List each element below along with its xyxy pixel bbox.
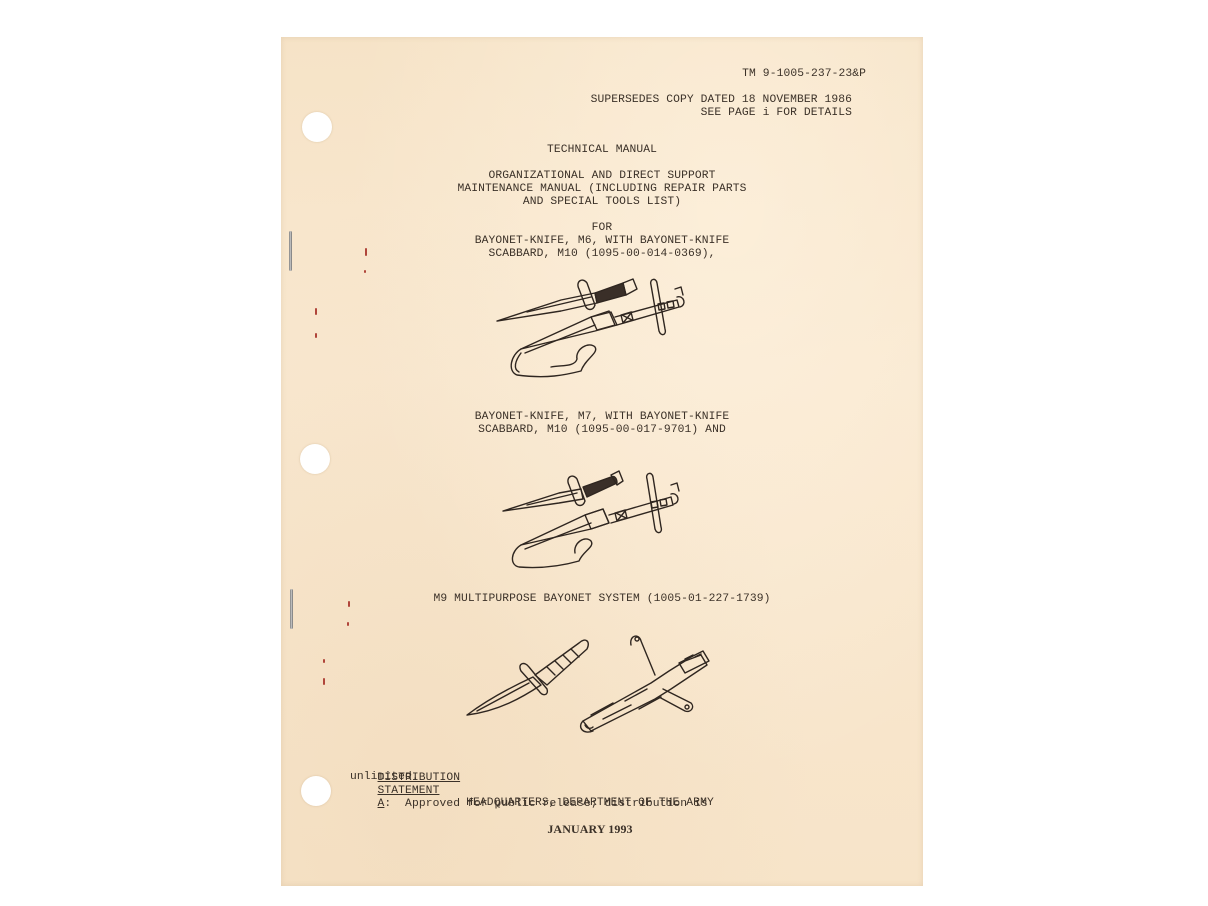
item-m9-line-1: M9 MULTIPURPOSE BAYONET SYSTEM (1005-01-… xyxy=(281,593,923,606)
ink-mark xyxy=(347,622,349,626)
m7-bayonet-illustration xyxy=(499,465,699,570)
item-m7-line-2: SCABBARD, M10 (1095-00-017-9701) AND xyxy=(281,424,923,437)
ink-mark xyxy=(364,270,366,273)
ink-mark xyxy=(315,308,317,315)
manual-title-line-3: AND SPECIAL TOOLS LIST) xyxy=(281,196,923,209)
m6-bayonet-illustration xyxy=(491,275,701,385)
binder-hole-top xyxy=(302,112,332,142)
statement-word: STATEMENT xyxy=(378,785,440,797)
item-m6-line-1: BAYONET-KNIFE, M6, WITH BAYONET-KNIFE xyxy=(281,235,923,248)
item-m7-line-1: BAYONET-KNIFE, M7, WITH BAYONET-KNIFE xyxy=(281,411,923,424)
issuing-authority: HEADQUARTERS, DEPARTMENT OF THE ARMY xyxy=(281,797,899,810)
ink-mark xyxy=(323,678,325,685)
tm-number: TM 9-1005-237-23&P xyxy=(742,68,866,81)
ink-mark xyxy=(323,659,325,663)
distribution-statement: DISTRIBUTION STATEMENT A: Approved for p… xyxy=(350,759,708,824)
m9-bayonet-illustration xyxy=(463,627,733,737)
see-page-notice: SEE PAGE i FOR DETAILS xyxy=(701,107,852,120)
item-m6-line-2: SCABBARD, M10 (1095-00-014-0369), xyxy=(281,248,923,261)
distribution-text-continued: unlimited. xyxy=(350,771,419,784)
manual-title-line-1: ORGANIZATIONAL AND DIRECT SUPPORT xyxy=(281,170,923,183)
for-label: FOR xyxy=(281,222,923,235)
ink-mark xyxy=(315,333,317,338)
publication-date: JANUARY 1993 xyxy=(281,823,899,836)
supersedes-notice: SUPERSEDES COPY DATED 18 NOVEMBER 1986 xyxy=(591,94,852,107)
binder-hole-middle xyxy=(300,444,330,474)
document-page: TM 9-1005-237-23&P SUPERSEDES COPY DATED… xyxy=(281,37,923,886)
manual-type-heading: TECHNICAL MANUAL xyxy=(281,144,923,157)
manual-title-line-2: MAINTENANCE MANUAL (INCLUDING REPAIR PAR… xyxy=(281,183,923,196)
